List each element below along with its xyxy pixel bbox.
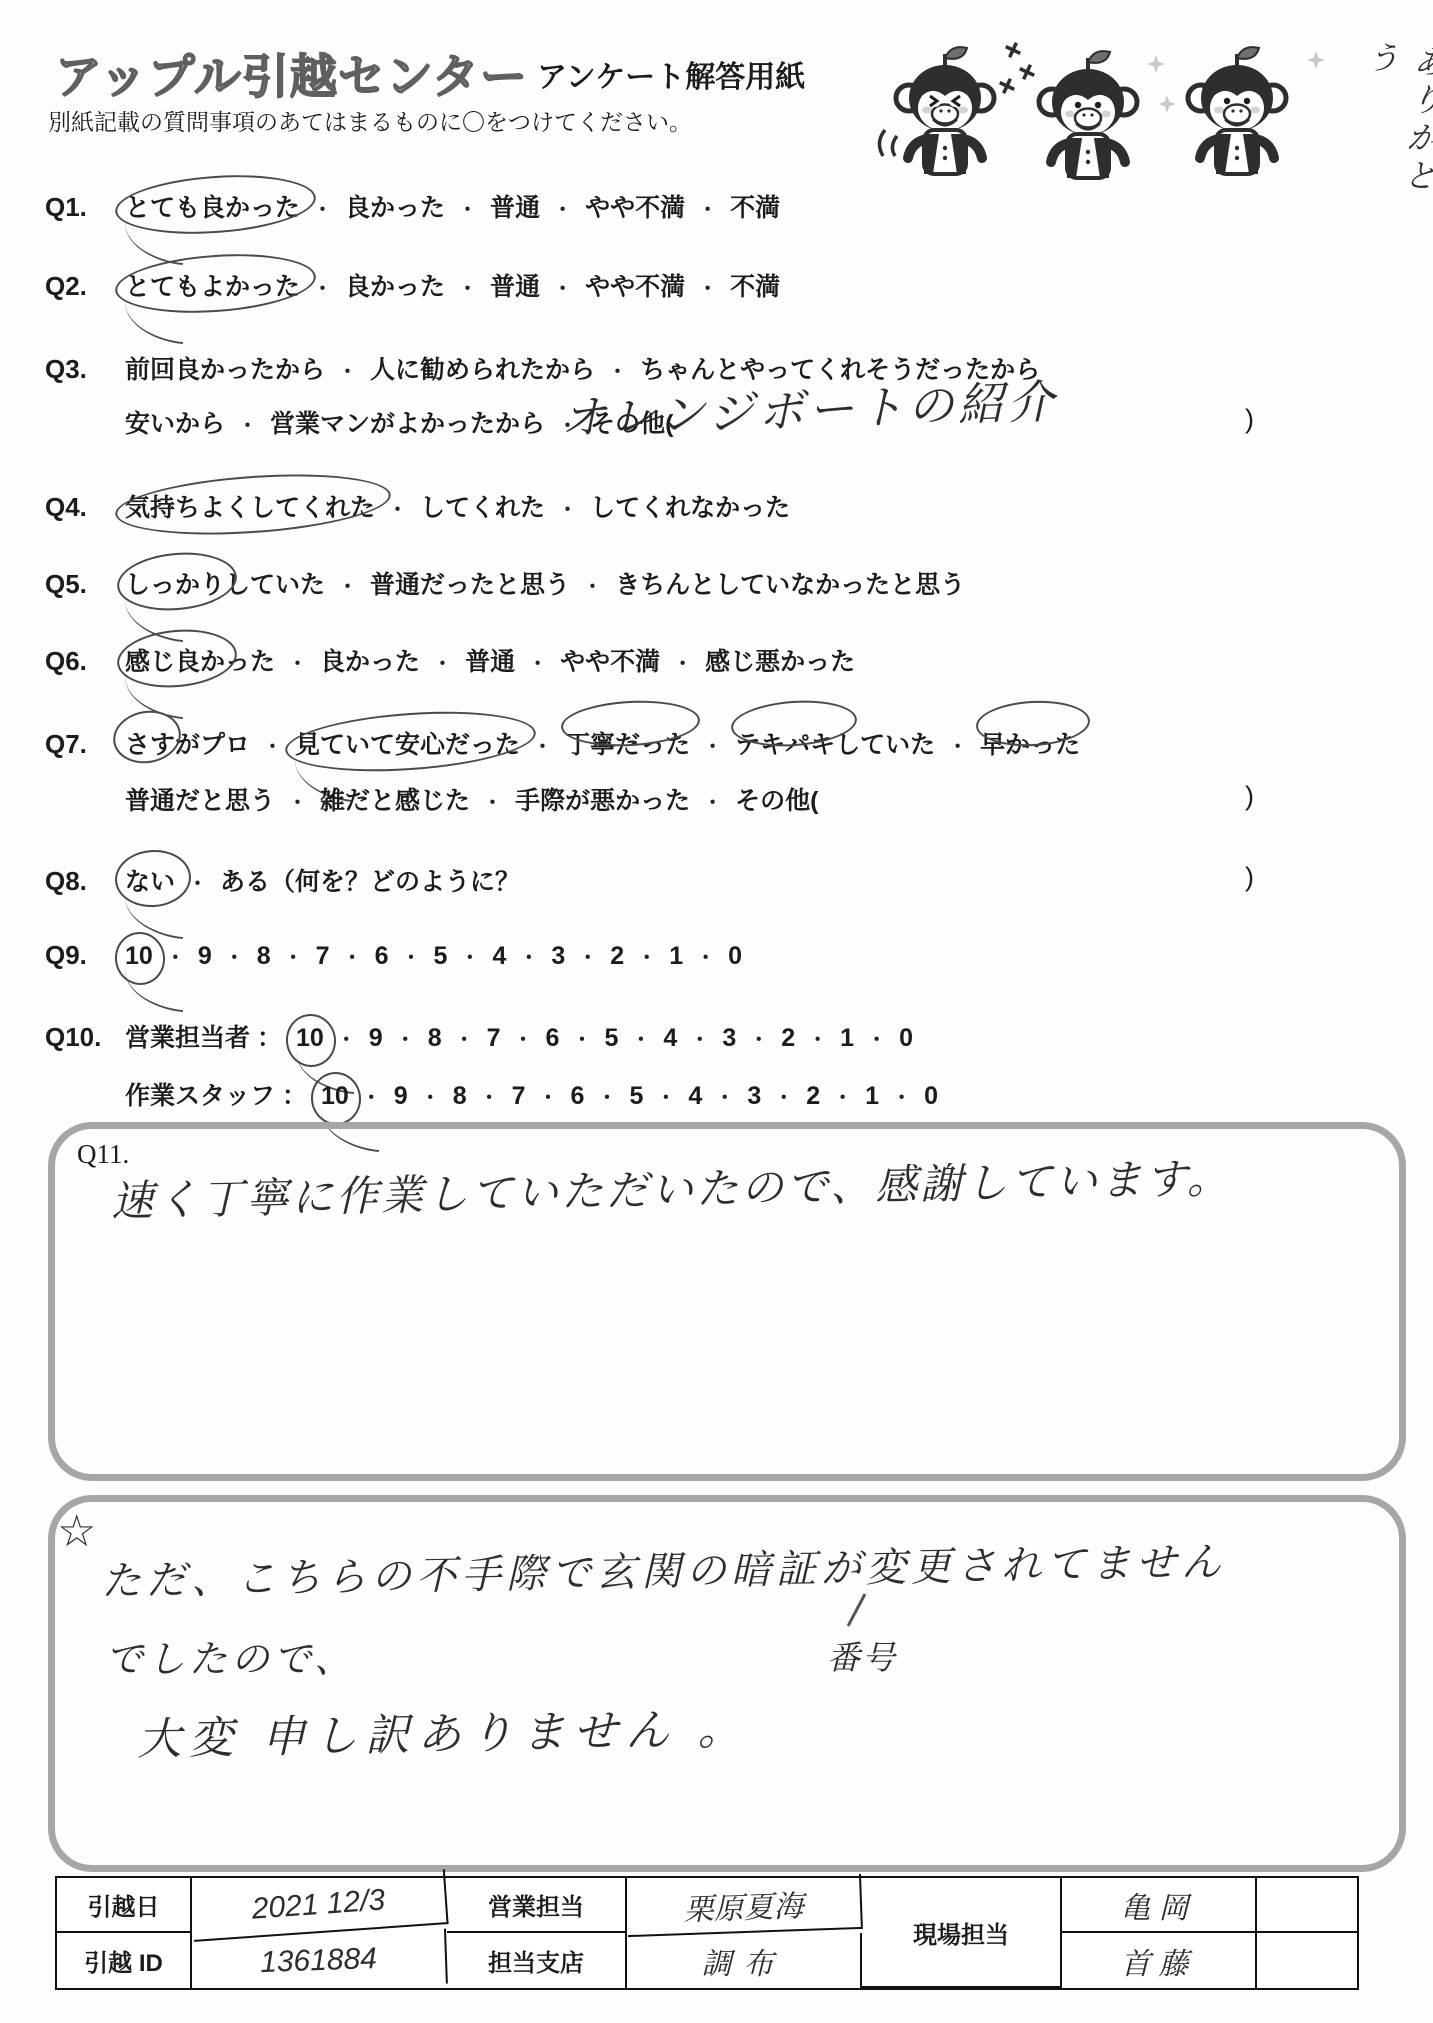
question-line-q1-1: Q1.とても良かった・良かった・普通・やや不満・不満 (45, 188, 1375, 224)
option-separator: ・ (388, 495, 407, 522)
instruction-text: 別紙記載の質問事項のあてはまるものに〇をつけてください。 (48, 104, 692, 137)
question-line-q6-1: Q6.感じ良かった・良かった・普通・やや不満・感じ悪かった (45, 642, 1375, 678)
answer-option: 0 (899, 1024, 913, 1053)
question-id: Q7. (45, 729, 125, 760)
answer-option: 8 (428, 1024, 442, 1053)
option-separator: ・ (519, 943, 538, 970)
move-id-label: 引越 ID (57, 1933, 192, 1988)
answer-option: 良かった (345, 188, 445, 224)
survey-answer-sheet: アップル引越センター アンケート解答用紙 別紙記載の質問事項のあてはまるものに〇… (0, 0, 1433, 2023)
move-date-label: 引越日 (57, 1878, 192, 1933)
empty-cell (1257, 1878, 1357, 1933)
answer-option: 2 (806, 1082, 820, 1111)
question-id: Q4. (45, 492, 125, 523)
site-rep-label: 現場担当 (862, 1878, 1062, 1988)
thanks-vertical-text: ありがとう (1345, 38, 1433, 206)
question-id: Q6. (45, 646, 125, 677)
option-separator: ・ (362, 1083, 381, 1110)
empty-cell (1257, 1933, 1357, 1988)
question-id: Q3. (45, 354, 125, 385)
answer-option: 安いから (125, 404, 225, 440)
option-separator: ・ (673, 649, 692, 676)
option-separator: ・ (656, 1083, 675, 1110)
option-separator: ・ (892, 1083, 911, 1110)
closing-paren: ) (1245, 862, 1254, 893)
closing-paren: ) (1245, 404, 1254, 435)
option-separator: ・ (337, 1025, 356, 1052)
option-separator: ・ (263, 732, 282, 759)
option-separator: ・ (631, 1025, 650, 1052)
answer-option: 4 (688, 1082, 702, 1111)
answer-option: 0 (728, 942, 742, 971)
question-line-q7-2: 普通だと思う・雑だと感じた・手際が悪かった・その他() (45, 781, 1375, 817)
option-separator: ・ (553, 195, 572, 222)
answer-option-circled: とてもよかった (125, 267, 300, 303)
answer-option: やや不満 (585, 188, 685, 224)
option-separator: ・ (338, 357, 357, 384)
answer-option: 0 (924, 1082, 938, 1111)
option-separator: ・ (284, 943, 303, 970)
answer-option: 4 (492, 942, 506, 971)
option-separator: ・ (343, 943, 362, 970)
answer-option: 7 (512, 1082, 526, 1111)
answer-option-circled: さすがプロ (125, 725, 250, 761)
answer-option: 普通 (465, 642, 515, 678)
option-separator: ・ (583, 572, 602, 599)
answer-option: 9 (394, 1082, 408, 1111)
answer-option: 営業マンがよかったから (270, 404, 545, 440)
question-line-q10-1: Q10.営業担当者 ：10・9・8・7・6・5・4・3・2・1・0 (45, 1018, 1375, 1054)
answer-option: 3 (551, 942, 565, 971)
q11-handwritten-comment: 速く丁寧に作業していただいたので、感謝しています。 (110, 1145, 1232, 1228)
answer-option: 2 (610, 942, 624, 971)
option-separator: ・ (338, 572, 357, 599)
closing-paren: ) (1245, 781, 1254, 812)
answer-option: 6 (571, 1082, 585, 1111)
option-separator: ・ (313, 274, 332, 301)
monkey-mascot-1 (879, 47, 994, 174)
note-comment-box: ☆ ただ、こちらの不手際で玄関の暗証が変更されてません 番号 でしたので、 大変… (48, 1495, 1406, 1872)
answer-option: 6 (375, 942, 389, 971)
option-separator: ・ (690, 1025, 709, 1052)
option-prefix: 作業スタッフ ： (125, 1076, 307, 1112)
answer-option: 8 (257, 942, 271, 971)
answer-option: 5 (629, 1082, 643, 1111)
answer-option-circled: 10 (321, 1082, 349, 1111)
answer-option-circled: 10 (296, 1024, 324, 1053)
sales-rep-value: 栗原夏海 (626, 1874, 863, 1937)
answer-option: 4 (663, 1024, 677, 1053)
note-line-2: でしたので、 (105, 1628, 356, 1683)
option-separator: ・ (455, 1025, 474, 1052)
answer-option: してくれなかった (590, 488, 790, 524)
answer-option: 1 (669, 942, 683, 971)
option-separator: ・ (460, 943, 479, 970)
question-line-q4-1: Q4.気持ちよくしてくれた・してくれた・してくれなかった (45, 488, 1375, 524)
answer-option: きちんとしていなかったと思う (615, 565, 965, 601)
answer-option: 普通だと思う (125, 781, 275, 817)
note-insertion: 番号 (827, 1632, 897, 1679)
question-line-q3-2: 安いから・営業マンがよかったから・その他(オレンジボートの紹介) (45, 404, 1375, 440)
option-separator: ・ (715, 1083, 734, 1110)
option-separator: ・ (597, 1083, 616, 1110)
answer-option-circled: 早かった (980, 725, 1080, 761)
answer-option: やや不満 (585, 267, 685, 303)
answer-option-circled: 感じ良かった (125, 642, 275, 678)
question-id: Q2. (45, 271, 125, 302)
question-id: Q8. (45, 866, 125, 897)
site-rep-value-1: 亀岡 (1062, 1878, 1257, 1933)
option-prefix: 営業担当者 ： (125, 1018, 282, 1054)
move-id-value: 1361884 (191, 1929, 448, 1993)
answer-option-circled: 丁寧だった (565, 725, 690, 761)
answer-option-circled: 見ていて安心だった (295, 725, 520, 761)
answer-option: 5 (604, 1024, 618, 1053)
answer-option: 良かった (320, 642, 420, 678)
option-separator: ・ (402, 943, 421, 970)
answer-option: 8 (453, 1082, 467, 1111)
answer-option: 感じ悪かった (705, 642, 855, 678)
insertion-caret (847, 1593, 867, 1626)
option-separator: ・ (514, 1025, 533, 1052)
answer-option-circled: ない (125, 862, 175, 898)
q11-label: Q11. (77, 1139, 129, 1170)
answer-option: 雑だと感じた (320, 781, 470, 817)
footer-info-table: 引越日 2021 12/3 営業担当 栗原夏海 現場担当 亀岡 引越 ID 13… (55, 1876, 1359, 1990)
option-separator: ・ (774, 1083, 793, 1110)
monkey-mascot-3 (1188, 47, 1286, 174)
q11-comment-box: Q11. 速く丁寧に作業していただいたので、感謝しています。 (48, 1122, 1406, 1481)
note-line-1: ただ、こちらの不手際で玄関の暗証が変更されてません (101, 1530, 1227, 1607)
question-id: Q9. (45, 940, 125, 971)
option-separator: ・ (166, 943, 185, 970)
answer-option-circled: 10 (125, 942, 153, 971)
answer-option: 普通だったと思う (370, 565, 570, 601)
option-separator: ・ (288, 649, 307, 676)
mascot-monkeys-illustration (875, 34, 1325, 194)
option-separator: ・ (867, 1025, 886, 1052)
option-separator: ・ (288, 788, 307, 815)
option-separator: ・ (637, 943, 656, 970)
answer-option: 不満 (730, 267, 780, 303)
option-separator: ・ (553, 274, 572, 301)
option-separator: ・ (703, 732, 722, 759)
option-separator: ・ (225, 943, 244, 970)
company-logo: アップル引越センター (55, 40, 528, 107)
answer-option-circled: テキパキしていた (735, 725, 935, 761)
option-separator: ・ (808, 1025, 827, 1052)
branch-value: 調布 (627, 1933, 862, 1988)
answer-option-circled: しっかりしていた (125, 565, 325, 601)
option-separator: ・ (188, 869, 207, 896)
answer-option: 7 (487, 1024, 501, 1053)
answer-option: 不満 (730, 188, 780, 224)
answer-option: 1 (840, 1024, 854, 1053)
option-separator: ・ (313, 195, 332, 222)
option-separator: ・ (528, 649, 547, 676)
answer-option: やや不満 (560, 642, 660, 678)
sparkle-crosses (996, 39, 1037, 96)
question-line-q10-2: 作業スタッフ ：10・9・8・7・6・5・4・3・2・1・0 (45, 1076, 1375, 1112)
option-separator: ・ (698, 274, 717, 301)
answer-option: 2 (781, 1024, 795, 1053)
answer-option: その他( (735, 781, 818, 817)
answer-option: 9 (369, 1024, 383, 1053)
page-title: アンケート解答用紙 (537, 52, 805, 96)
question-line-q7-1: Q7.さすがプロ・見ていて安心だった・丁寧だった・テキパキしていた・早かった (45, 725, 1375, 761)
answer-option: してくれた (420, 488, 545, 524)
answer-option: 普通 (490, 267, 540, 303)
question-line-q9-1: Q9.10・9・8・7・6・5・4・3・2・1・0 (45, 940, 1375, 971)
option-separator: ・ (703, 788, 722, 815)
question-line-q5-1: Q5.しっかりしていた・普通だったと思う・きちんとしていなかったと思う (45, 565, 1375, 601)
option-separator: ・ (396, 1025, 415, 1052)
answer-option-circled: 気持ちよくしてくれた (125, 488, 375, 524)
answer-option: 人に勧められたから (370, 350, 595, 386)
star-icon: ☆ (57, 1510, 96, 1554)
option-separator: ・ (948, 732, 967, 759)
question-line-q2-1: Q2.とてもよかった・良かった・普通・やや不満・不満 (45, 267, 1375, 303)
option-separator: ・ (483, 788, 502, 815)
answer-option: 5 (434, 942, 448, 971)
answer-option-circled: とても良かった (125, 188, 300, 224)
site-rep-value-2: 首藤 (1062, 1933, 1257, 1988)
question-id: Q5. (45, 569, 125, 600)
question-id: Q10. (45, 1022, 125, 1053)
answer-option: 6 (546, 1024, 560, 1053)
question-line-q8-1: Q8.ない・ある（何を？どのように？) (45, 862, 1375, 898)
question-id: Q1. (45, 192, 125, 223)
option-separator: ・ (749, 1025, 768, 1052)
option-separator: ・ (458, 274, 477, 301)
option-separator: ・ (533, 732, 552, 759)
answer-option: 良かった (345, 267, 445, 303)
option-separator: ・ (480, 1083, 499, 1110)
option-separator: ・ (458, 195, 477, 222)
option-separator: ・ (572, 1025, 591, 1052)
branch-label: 担当支店 (447, 1933, 627, 1988)
option-separator: ・ (238, 411, 257, 438)
answer-option: 9 (198, 942, 212, 971)
answer-option: 7 (316, 942, 330, 971)
answer-option: ある（何を？どのように？ (220, 862, 520, 898)
option-separator: ・ (558, 495, 577, 522)
monkey-mascot-2 (1039, 51, 1137, 178)
note-line-3: 大変 申し訳ありません 。 (136, 1693, 749, 1768)
option-separator: ・ (833, 1083, 852, 1110)
sales-rep-label: 営業担当 (447, 1878, 627, 1933)
answer-option: 3 (747, 1082, 761, 1111)
option-separator: ・ (539, 1083, 558, 1110)
answer-option: 前回良かったから (125, 350, 325, 386)
option-separator: ・ (698, 195, 717, 222)
option-separator: ・ (696, 943, 715, 970)
answer-option: 3 (722, 1024, 736, 1053)
option-separator: ・ (421, 1083, 440, 1110)
option-separator: ・ (433, 649, 452, 676)
answer-option: 手際が悪かった (515, 781, 690, 817)
answer-option: 1 (865, 1082, 879, 1111)
answer-option: 普通 (490, 188, 540, 224)
option-separator: ・ (578, 943, 597, 970)
